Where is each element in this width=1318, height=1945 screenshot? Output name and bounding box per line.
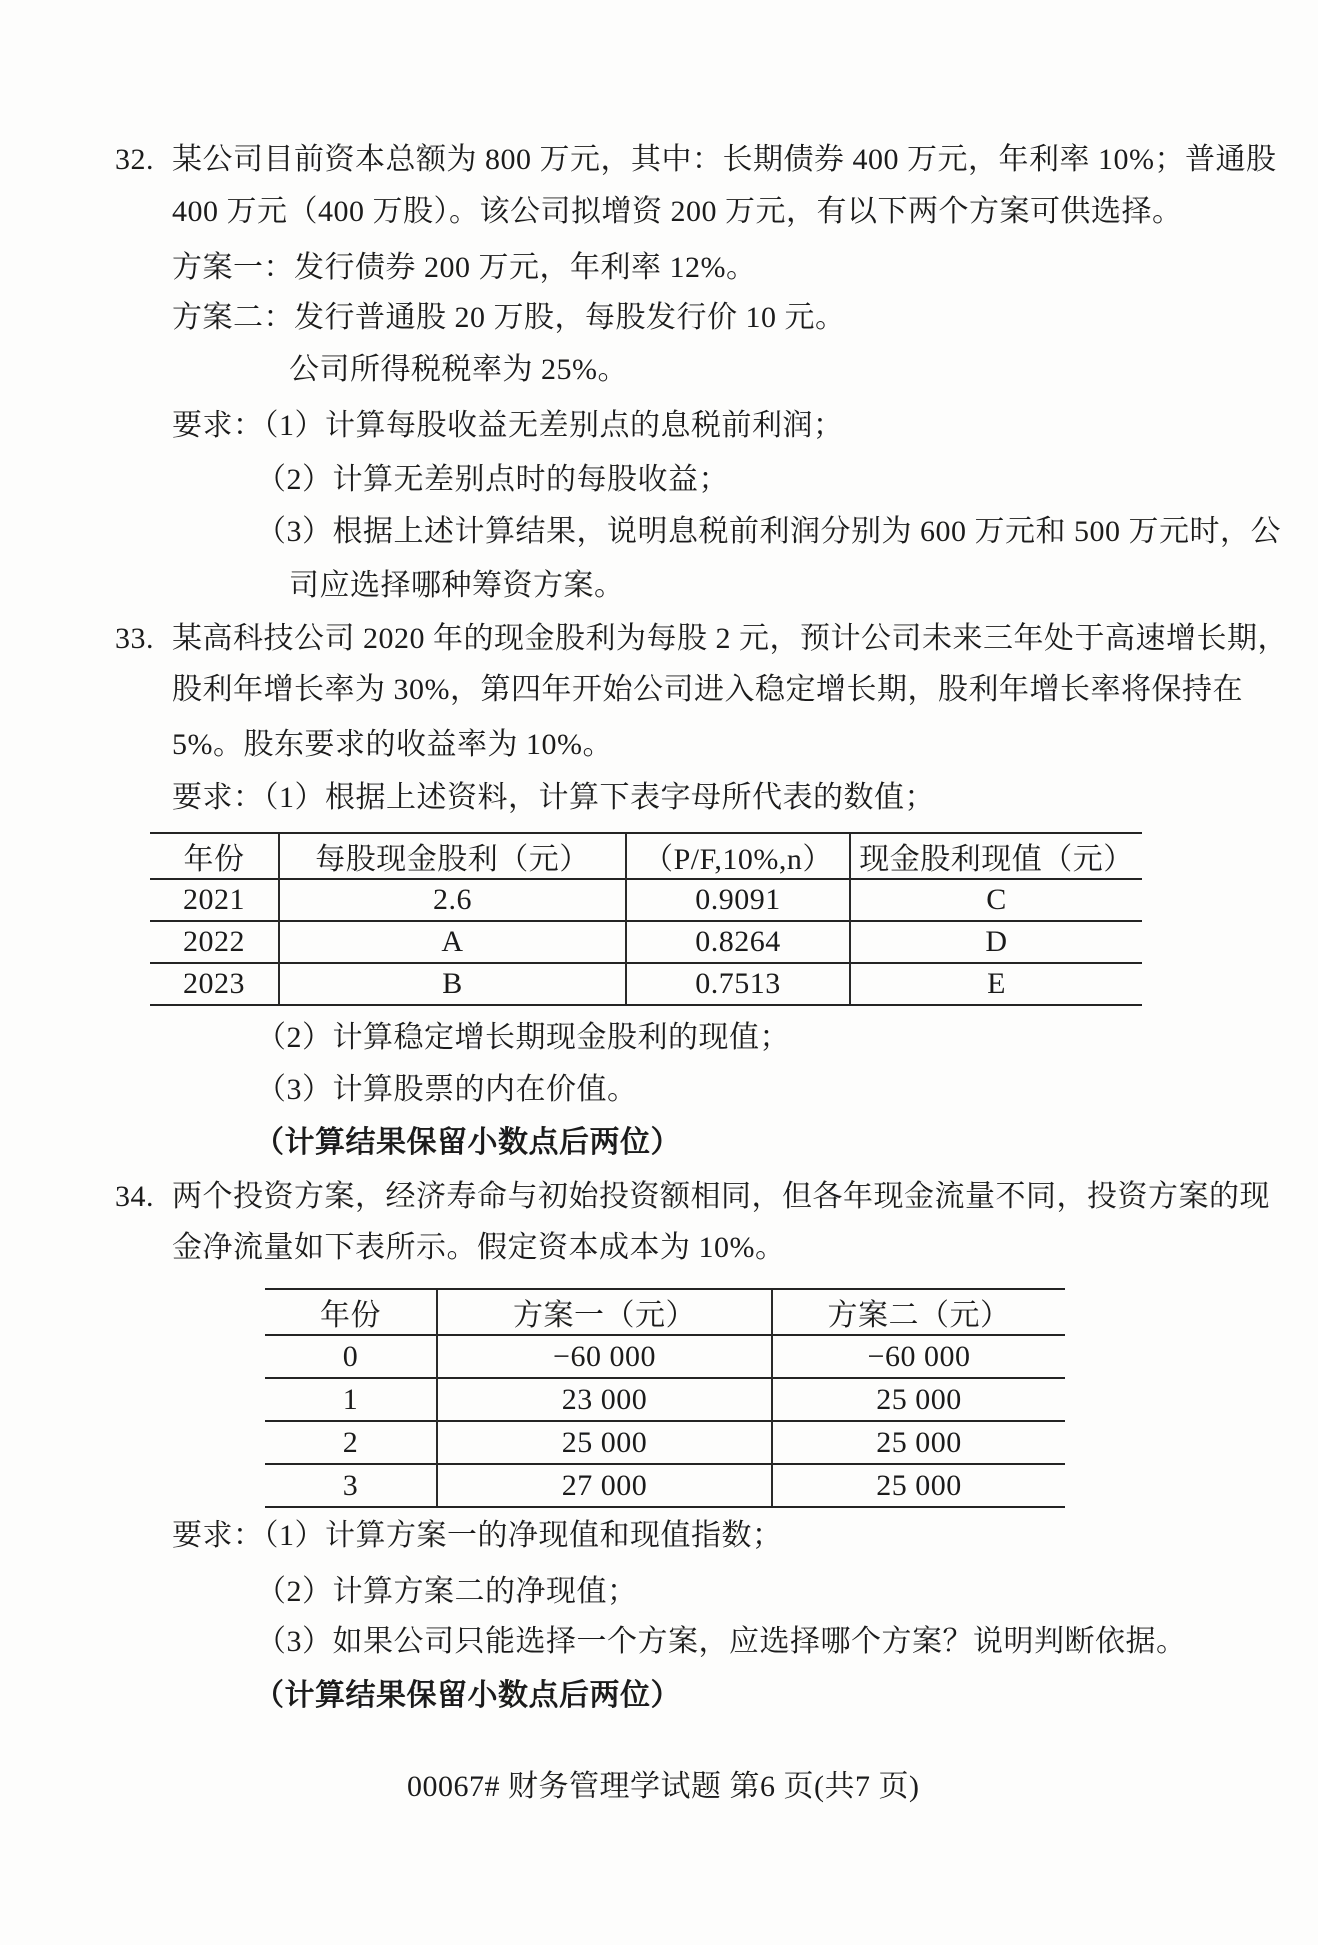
col-header-year: 年份 bbox=[150, 833, 279, 879]
cell-plan1: 25 000 bbox=[437, 1421, 772, 1464]
cell-plan1: −60 000 bbox=[437, 1335, 772, 1378]
cell-pf-factor: 0.7513 bbox=[626, 963, 850, 1005]
q34-item-2: （2）计算方案二的净现值； bbox=[256, 1566, 638, 1618]
q32-text-4: 方案二：发行普通股 20 万股，每股发行价 10 元。 bbox=[172, 301, 846, 334]
table-header-row: 年份 方案一（元） 方案二（元） bbox=[265, 1289, 1065, 1335]
cell-year: 3 bbox=[265, 1464, 437, 1507]
cell-plan2: −60 000 bbox=[772, 1335, 1065, 1378]
cell-dividend: 2.6 bbox=[279, 879, 626, 921]
q33-line-2: 股利年增长率为 30%，第四年开始公司进入稳定增长期，股利年增长率将保持在 bbox=[172, 664, 1243, 716]
col-header-pf-factor: （P/F,10%,n） bbox=[626, 833, 850, 879]
q33-number: 33. bbox=[115, 613, 172, 665]
cashflow-table: 年份 方案一（元） 方案二（元） 0 −60 000 −60 000 1 23 … bbox=[265, 1288, 1065, 1508]
q32-requirement-line: 要求：（1）计算每股收益无差别点的息税前利润； bbox=[172, 400, 844, 452]
q33-text-6: （3）计算股票的内在价值。 bbox=[256, 1073, 638, 1106]
col-header-plan2: 方案二（元） bbox=[772, 1289, 1065, 1335]
cell-year: 2021 bbox=[150, 879, 279, 921]
q32-text-7: （2）计算无差别点时的每股收益； bbox=[256, 463, 729, 496]
q34-line-1: 34.两个投资方案，经济寿命与初始投资额相同，但各年现金流量不同，投资方案的现 bbox=[115, 1171, 1270, 1223]
q33-text-5: （2）计算稳定增长期现金股利的现值； bbox=[256, 1021, 790, 1054]
q32-text-3: 方案一：发行债券 200 万元，年利率 12%。 bbox=[172, 251, 757, 284]
q32-item-3-cont: 司应选择哪种筹资方案。 bbox=[289, 560, 625, 612]
q33-text-7: （计算结果保留小数点后两位） bbox=[254, 1126, 681, 1159]
footer-text: 00067# 财务管理学试题 第6 页(共7 页) bbox=[407, 1770, 919, 1803]
cell-dividend: B bbox=[279, 963, 626, 1005]
q33-text-2: 股利年增长率为 30%，第四年开始公司进入稳定增长期，股利年增长率将保持在 bbox=[172, 673, 1243, 706]
cell-present-value: E bbox=[850, 963, 1142, 1005]
cell-present-value: C bbox=[850, 879, 1142, 921]
dividend-table: 年份 每股现金股利（元） （P/F,10%,n） 现金股利现值（元） 2021 … bbox=[150, 832, 1142, 1006]
q34-text-5: （3）如果公司只能选择一个方案，应选择哪个方案？说明判断依据。 bbox=[256, 1625, 1187, 1658]
cell-plan1: 27 000 bbox=[437, 1464, 772, 1507]
q32-text-5: 公司所得税税率为 25%。 bbox=[289, 353, 628, 386]
q32-text-9: 司应选择哪种筹资方案。 bbox=[289, 569, 625, 602]
q32-text-8: （3）根据上述计算结果，说明息税前利润分别为 600 万元和 500 万元时，公 bbox=[256, 515, 1281, 548]
table-row: 2023 B 0.7513 E bbox=[150, 963, 1142, 1005]
page-footer: 00067# 财务管理学试题 第6 页(共7 页) bbox=[407, 1761, 919, 1813]
q34-text-4: （2）计算方案二的净现值； bbox=[256, 1575, 638, 1608]
table-row: 0 −60 000 −60 000 bbox=[265, 1335, 1065, 1378]
q32-line-2: 400 万元（400 万股）。该公司拟增资 200 万元，有以下两个方案可供选择… bbox=[172, 186, 1183, 238]
q34-rounding-note: （计算结果保留小数点后两位） bbox=[254, 1670, 681, 1722]
table-row: 2 25 000 25 000 bbox=[265, 1421, 1065, 1464]
q32-line-1: 32.某公司目前资本总额为 800 万元，其中：长期债券 400 万元，年利率 … bbox=[115, 134, 1277, 186]
q34-text-3: 要求：（1）计算方案一的净现值和现值指数； bbox=[172, 1519, 783, 1552]
cell-year: 2 bbox=[265, 1421, 437, 1464]
cell-pf-factor: 0.8264 bbox=[626, 921, 850, 963]
cell-year: 2022 bbox=[150, 921, 279, 963]
q34-text-2: 金净流量如下表所示。假定资本成本为 10%。 bbox=[172, 1231, 786, 1264]
q33-text-3: 5%。股东要求的收益率为 10%。 bbox=[172, 728, 613, 761]
cell-dividend: A bbox=[279, 921, 626, 963]
col-header-plan1: 方案一（元） bbox=[437, 1289, 772, 1335]
q33-text-4: 要求：（1）根据上述资料，计算下表字母所代表的数值； bbox=[172, 781, 935, 814]
table-row: 2021 2.6 0.9091 C bbox=[150, 879, 1142, 921]
q32-number: 32. bbox=[115, 134, 172, 186]
table-row: 1 23 000 25 000 bbox=[265, 1378, 1065, 1421]
table-row: 3 27 000 25 000 bbox=[265, 1464, 1065, 1507]
q34-item-3: （3）如果公司只能选择一个方案，应选择哪个方案？说明判断依据。 bbox=[256, 1616, 1187, 1668]
col-header-present-value: 现金股利现值（元） bbox=[850, 833, 1142, 879]
table-header-row: 年份 每股现金股利（元） （P/F,10%,n） 现金股利现值（元） bbox=[150, 833, 1142, 879]
cell-year: 0 bbox=[265, 1335, 437, 1378]
q33-line-1: 33.某高科技公司 2020 年的现金股利为每股 2 元，预计公司未来三年处于高… bbox=[115, 613, 1288, 665]
q34-number: 34. bbox=[115, 1171, 172, 1223]
q34-text-1: 两个投资方案，经济寿命与初始投资额相同，但各年现金流量不同，投资方案的现 bbox=[172, 1180, 1270, 1213]
q32-line-3: 方案一：发行债券 200 万元，年利率 12%。 bbox=[172, 242, 757, 294]
cell-year: 2023 bbox=[150, 963, 279, 1005]
q32-text-1: 某公司目前资本总额为 800 万元，其中：长期债券 400 万元，年利率 10%… bbox=[172, 143, 1277, 176]
q32-line-4: 方案二：发行普通股 20 万股，每股发行价 10 元。 bbox=[172, 292, 846, 344]
q32-item-3: （3）根据上述计算结果，说明息税前利润分别为 600 万元和 500 万元时，公 bbox=[256, 506, 1281, 558]
q32-text-2: 400 万元（400 万股）。该公司拟增资 200 万元，有以下两个方案可供选择… bbox=[172, 195, 1183, 228]
exam-page: 32.某公司目前资本总额为 800 万元，其中：长期债券 400 万元，年利率 … bbox=[0, 0, 1318, 1945]
col-header-dividend: 每股现金股利（元） bbox=[279, 833, 626, 879]
col-header-year: 年份 bbox=[265, 1289, 437, 1335]
cell-plan2: 25 000 bbox=[772, 1378, 1065, 1421]
q33-rounding-note: （计算结果保留小数点后两位） bbox=[254, 1117, 681, 1169]
q32-line-5: 公司所得税税率为 25%。 bbox=[289, 344, 628, 396]
q33-line-3: 5%。股东要求的收益率为 10%。 bbox=[172, 719, 613, 771]
cell-year: 1 bbox=[265, 1378, 437, 1421]
q33-text-1: 某高科技公司 2020 年的现金股利为每股 2 元，预计公司未来三年处于高速增长… bbox=[172, 622, 1288, 655]
q34-text-6: （计算结果保留小数点后两位） bbox=[254, 1679, 681, 1712]
q34-line-2: 金净流量如下表所示。假定资本成本为 10%。 bbox=[172, 1222, 786, 1274]
cell-plan2: 25 000 bbox=[772, 1464, 1065, 1507]
cell-pf-factor: 0.9091 bbox=[626, 879, 850, 921]
cell-plan2: 25 000 bbox=[772, 1421, 1065, 1464]
cell-plan1: 23 000 bbox=[437, 1378, 772, 1421]
q34-requirement-line: 要求：（1）计算方案一的净现值和现值指数； bbox=[172, 1510, 783, 1562]
cell-present-value: D bbox=[850, 921, 1142, 963]
table-row: 2022 A 0.8264 D bbox=[150, 921, 1142, 963]
q33-requirement-line: 要求：（1）根据上述资料，计算下表字母所代表的数值； bbox=[172, 772, 935, 824]
q33-item-2: （2）计算稳定增长期现金股利的现值； bbox=[256, 1012, 790, 1064]
q32-text-6: 要求：（1）计算每股收益无差别点的息税前利润； bbox=[172, 409, 844, 442]
q32-item-2: （2）计算无差别点时的每股收益； bbox=[256, 454, 729, 506]
q33-item-3: （3）计算股票的内在价值。 bbox=[256, 1064, 638, 1116]
